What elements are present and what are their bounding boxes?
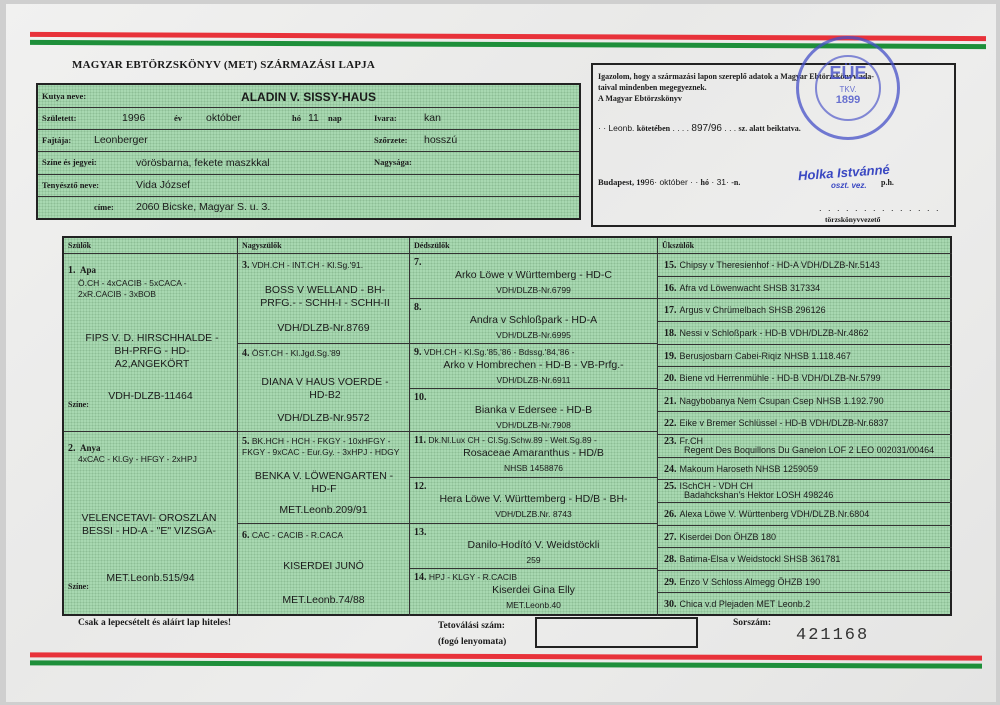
bottom-green-stripe xyxy=(30,660,982,668)
grandparent-3: 3. VDH.CH - INT.CH - Kl.Sg.'91. BOSS V W… xyxy=(238,254,410,344)
gg-reg: MET.Leonb.40 xyxy=(410,600,657,610)
volume: Leonb. xyxy=(608,123,634,133)
dog-info-box: Kutya neve: ALADIN V. SISSY-HAUS Születe… xyxy=(36,83,581,220)
stamp-tkv: TKV. xyxy=(799,85,897,94)
signature-line: . . . . . . . . . . . . . . xyxy=(819,203,941,213)
gg-name: Arko Löwe v Württemberg - HD-C xyxy=(410,269,657,281)
great-great-grandparent-18: 18.Nessi v Schloßpark - HD-B VDH/DLZB-Nr… xyxy=(658,322,952,345)
great-great-grandparent-24: 24.Makoum Haroseth NHSB 1259059 xyxy=(658,458,952,481)
gg-name: Bianka v Edersee - HD-B xyxy=(410,404,657,416)
header-grandparents: Nagyszülők xyxy=(242,241,282,250)
great-great-grandparent-15: 15.Chipsy v Theresienhof - HD-A VDH/DLZB… xyxy=(658,254,952,277)
ph-label: p.h. xyxy=(881,178,894,187)
month-label: hó xyxy=(292,113,301,123)
place-label: Budapest, 19 xyxy=(598,177,645,187)
sire-titles: Ö.CH - 4xCACIB - 5xCACA - 2xR.CACIB - 3x… xyxy=(78,278,218,300)
great-grandparent-12: 12. Hera Löwe V. Württemberg - HD/B - BH… xyxy=(410,478,658,524)
great-great-grandparent-30: 30.Chica v.d Plejaden MET Leonb.2 xyxy=(658,593,952,616)
grandparent-6: 6. CAC - CACIB - R.CACA KISERDEI JUNÓ ME… xyxy=(238,524,410,616)
sex-label: Ivara: xyxy=(374,113,397,123)
gg-reg: VDH/DLZB-Nr.6911 xyxy=(410,375,657,385)
born-day: 11 xyxy=(308,112,319,124)
color-value: vörösbarna, fekete maszkkal xyxy=(136,157,270,169)
dam-reg: MET.Leonb.515/94 xyxy=(64,572,237,584)
great-grandparent-8: 8. Andra v Schloßpark - HD-AVDH/DLZB-Nr.… xyxy=(410,299,658,344)
stamp-year: 1899 xyxy=(799,94,897,106)
breeder-address: 2060 Bicske, Magyar S. u. 3. xyxy=(136,201,270,213)
great-grandparents-column: 7. Arko Löwe v Württemberg - HD-CVDH/DLZ… xyxy=(410,254,658,616)
gg-name: Danilo-Hodító V. Weidstöckli xyxy=(410,539,657,551)
gg-reg: 259 xyxy=(410,555,657,565)
great-great-grandparent-25: 25.ISchCH - VDH CHBadahckshan's Hektor L… xyxy=(658,480,952,503)
validity-note: Csak a lepecsételt és aláírt lap hiteles… xyxy=(78,618,231,628)
dog-name: ALADIN V. SISSY-HAUS xyxy=(38,90,579,104)
bottom-red-stripe xyxy=(30,652,982,660)
day-label: nap xyxy=(328,113,342,123)
serial-number: 421168 xyxy=(796,626,869,645)
great-grandparent-14: 14. HPJ - KLGY - R.CACIBKiserdei Gina El… xyxy=(410,569,658,616)
signer-role: törzskönyvvezető xyxy=(825,215,880,224)
gg-reg: VDH/DLZB.Nr. 8743 xyxy=(410,509,657,519)
gg-name: Andra v Schloßpark - HD-A xyxy=(410,314,657,326)
great-grandparent-9: 9. VDH.CH - Kl.Sg.'85,'86 - Bdssg.'84,'8… xyxy=(410,344,658,389)
address-label: címe: xyxy=(94,202,114,212)
cert-day-suffix: -n. xyxy=(731,178,740,187)
header-great-great-grandparents: Ükszülők xyxy=(662,241,694,250)
great-great-grandparent-29: 29.Enzo V Schloss Almegg ÖHZB 190 xyxy=(658,571,952,594)
cert-month: október xyxy=(659,177,687,187)
great-grandparent-13: 13. Danilo-Hodító V. Weidstöckli259 xyxy=(410,524,658,569)
gg-name: Arko v Hombrechen - HD-B - VB-Prfg.- xyxy=(410,359,657,371)
signature-title: oszt. vez. xyxy=(831,181,867,190)
great-great-grandparent-27: 27.Kiserdei Don ÖHZB 180 xyxy=(658,526,952,549)
tattoo-field[interactable] xyxy=(535,617,698,648)
pedigree-table: Szülők Nagyszülők Dédszülők Ükszülők 1. … xyxy=(62,236,952,616)
gg-name: Rosaceae Amaranthus - HD/B xyxy=(410,447,657,459)
signature: Holka Istvánné xyxy=(798,162,891,183)
pedigree-certificate: MAGYAR EBTÖRZSKÖNYV (MET) SZÁRMAZÁSI LAP… xyxy=(6,4,996,702)
coat-value: hosszú xyxy=(424,134,457,146)
great-great-grandparent-28: 28.Batima-Elsa v Weidstockl SHSB 361781 xyxy=(658,548,952,571)
born-year: 1996 xyxy=(122,112,145,124)
official-stamp: TKV. 1899 EÜE xyxy=(796,36,900,140)
dam-color-label: Színe: xyxy=(68,582,89,591)
registration-number: 897/96 xyxy=(691,123,722,134)
grandparent-4: 4. ÖST.CH - Kl.Jgd.Sg.'89 DIANA V HAUS V… xyxy=(238,344,410,432)
coat-label: Szőrzete: xyxy=(374,135,408,145)
great-great-grandparent-19: 19.Berusjosbarn Cabei-Riqiz NHSB 1.118.4… xyxy=(658,345,952,368)
great-grandparent-10: 10. Bianka v Edersee - HD-BVDH/DLZB-Nr.7… xyxy=(410,389,658,432)
gg-reg: VDH/DLZB-Nr.7908 xyxy=(410,420,657,430)
gg-reg: VDH/DLZB-Nr.6799 xyxy=(410,285,657,295)
dam-name: VELENCETAVI- OROSZLÁN BESSI - HD-A - "E"… xyxy=(74,512,224,538)
registration-suffix: sz. alatt beiktatva. xyxy=(739,124,801,133)
born-label: Született: xyxy=(42,113,76,123)
great-great-grandparent-20: 20.Biene vd Herrenmühle - HD-B VDH/DLZB-… xyxy=(658,367,952,390)
great-great-grandparents-column: 15.Chipsy v Theresienhof - HD-A VDH/DLZB… xyxy=(658,254,952,616)
dam-titles: 4xCAC - Kl.Gy - HFGY - 2xHPJ xyxy=(78,454,228,464)
sex-value: kan xyxy=(424,112,441,124)
header-parents: Szülők xyxy=(68,241,91,250)
cert-year: 96 xyxy=(645,177,654,187)
year-label: év xyxy=(174,113,182,123)
gg-name: Hera Löwe V. Württemberg - HD/B - BH- xyxy=(410,493,657,505)
breeder-label: Tenyésztő neve: xyxy=(42,180,99,190)
breeder-name: Vida József xyxy=(136,179,190,191)
gg-reg: NHSB 1458876 xyxy=(410,463,657,473)
gg-reg: VDH/DLZB-Nr.6995 xyxy=(410,330,657,340)
great-great-grandparent-17: 17.Argus v Chrümelbach SHSB 296126 xyxy=(658,299,952,322)
serial-label: Sorszám: xyxy=(733,618,771,628)
parent-dam: 2. Anya 4xCAC - Kl.Gy - HFGY - 2xHPJ VEL… xyxy=(64,432,238,616)
certification-org: A Magyar Ebtörzskönyv xyxy=(598,93,953,104)
tattoo-sublabel: (fogó lenyomata) xyxy=(438,634,506,650)
tattoo-label: Tetoválási szám: xyxy=(438,618,506,634)
great-great-grandparent-16: 16.Afra vd Löwenwacht SHSB 317334 xyxy=(658,277,952,300)
great-grandparent-11: 11. Dk.Nl.Lux CH - Cl.Sg.Schw.89 - Welt.… xyxy=(410,432,658,478)
volume-label: kötetében xyxy=(637,124,670,133)
header-great-grandparents: Dédszülők xyxy=(414,241,450,250)
document-title: MAGYAR EBTÖRZSKÖNYV (MET) SZÁRMAZÁSI LAP… xyxy=(72,59,375,71)
great-great-grandparent-21: 21.Nagybobanya Nem Csupan Csep NHSB 1.19… xyxy=(658,390,952,413)
cert-month-label: hó xyxy=(701,178,709,187)
great-great-grandparent-26: 26.Alexa Löwe V. Württenberg VDH/DLZB.Nr… xyxy=(658,503,952,526)
parent-sire: 1. Apa Ö.CH - 4xCACIB - 5xCACA - 2xR.CAC… xyxy=(64,254,238,432)
great-great-grandparent-23: 23.Fr.CHRegent Des Boquillons Du Ganelon… xyxy=(658,435,952,458)
sire-reg: VDH-DLZB-11464 xyxy=(64,390,237,402)
breed-value: Leonberger xyxy=(94,134,148,146)
color-label: Színe és jegyei: xyxy=(42,157,97,167)
gg-name: Kiserdei Gina Elly xyxy=(410,584,657,596)
great-grandparent-7: 7. Arko Löwe v Württemberg - HD-CVDH/DLZ… xyxy=(410,254,658,299)
certification-text-1: Igazolom, hogy a származási lapon szerep… xyxy=(598,71,953,82)
size-label: Nagysága: xyxy=(374,157,412,167)
grandparent-5: 5. BK.HCH - HCH - FKGY - 10xHFGY - FKGY … xyxy=(238,432,410,524)
breed-label: Fajtája: xyxy=(42,135,71,145)
certification-box: Igazolom, hogy a származási lapon szerep… xyxy=(591,63,956,227)
sire-name: FIPS V. D. HIRSCHHALDE - BH-PRFG - HD-A2… xyxy=(82,332,222,371)
born-month: október xyxy=(206,112,241,124)
cert-day: 31 xyxy=(717,177,726,187)
great-great-grandparent-22: 22.Eike v Bremer Schlüssel - HD-B VDH/DL… xyxy=(658,412,952,435)
sire-color-label: Színe: xyxy=(68,400,89,409)
